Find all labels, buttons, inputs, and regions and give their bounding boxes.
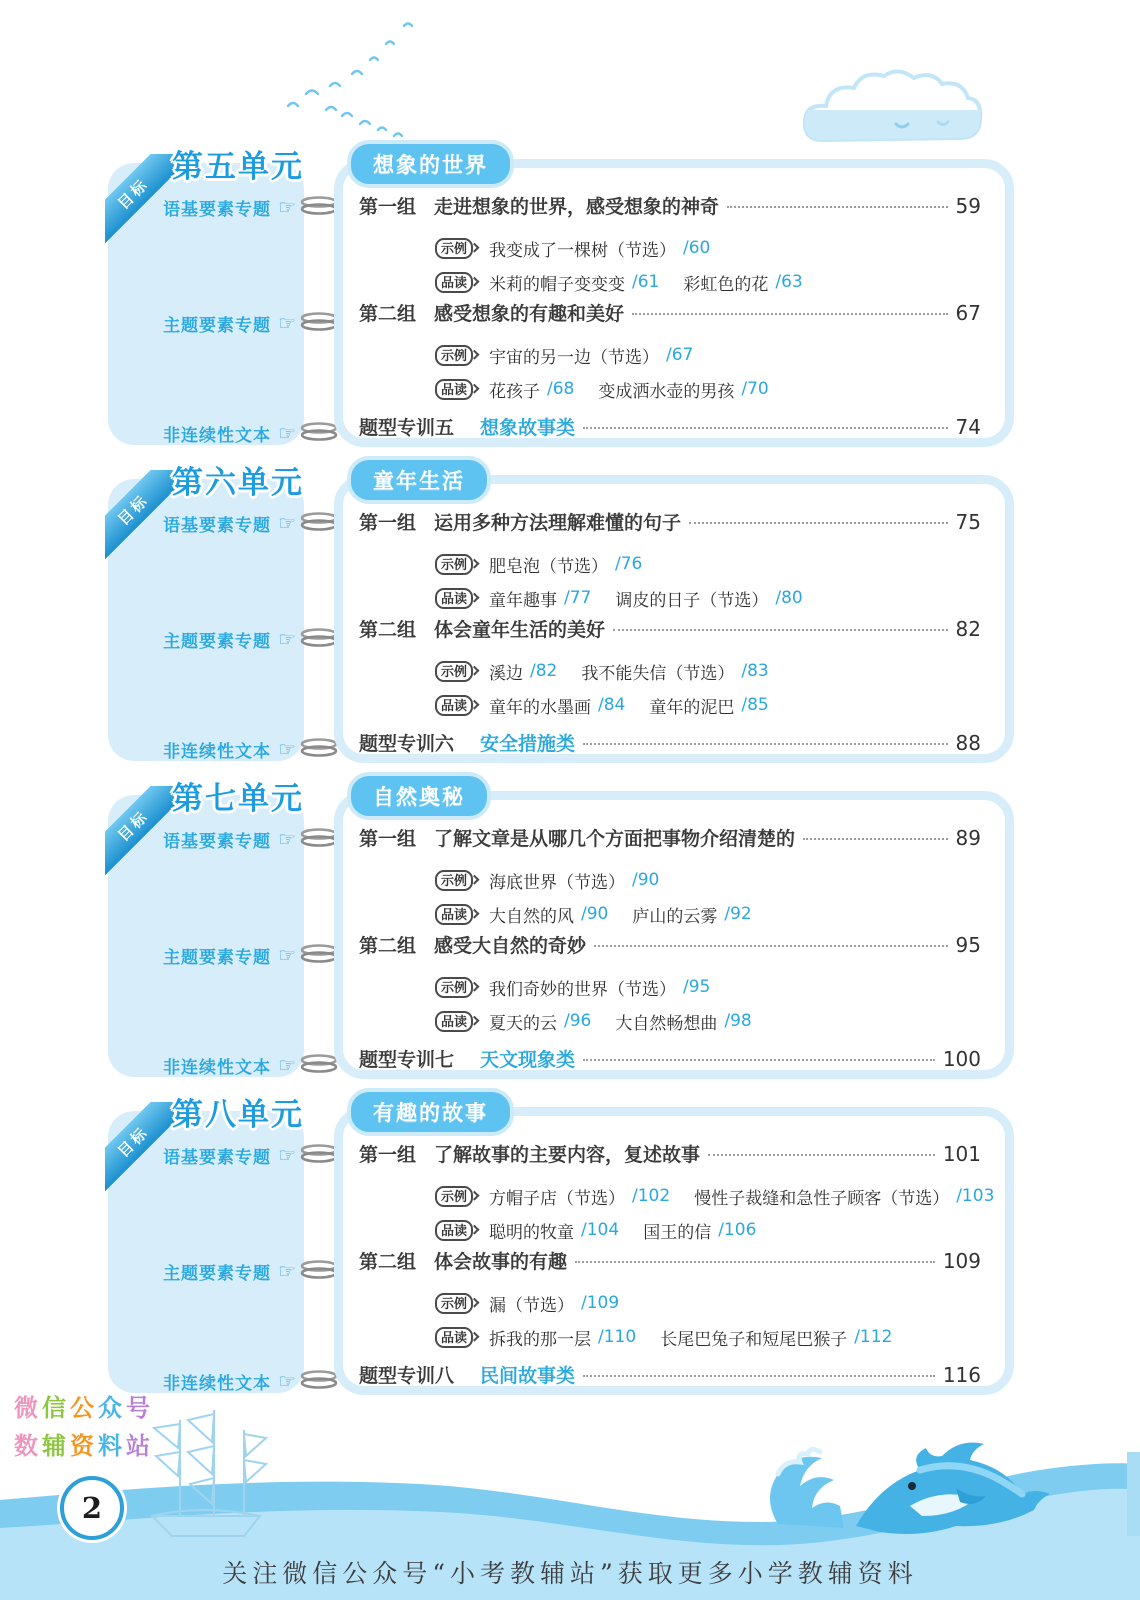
group-row: 第二组感受大自然的奇妙95	[359, 931, 981, 970]
sub-row: 示例我变成了一棵树（节选）/60	[435, 231, 981, 265]
unit-card: 有趣的故事第一组了解故事的主要内容，复述故事101示例方帽子店（节选）/102慢…	[334, 1107, 1014, 1395]
article-page-number: /98	[724, 1011, 751, 1031]
article-title: 溪边	[489, 659, 523, 684]
special-training-title: 安全措施类	[480, 729, 575, 756]
group-title: 了解文章是从哪几个方面把事物介绍清楚的	[434, 824, 795, 851]
sub-row-badge: 示例	[435, 977, 473, 998]
watermark-char: 公	[70, 1395, 98, 1422]
dotted-leader	[689, 522, 948, 524]
group-title: 运用多种方法理解难懂的句子	[434, 508, 681, 535]
dotted-leader	[708, 1154, 935, 1156]
unit-title: 第七单元	[172, 773, 304, 818]
article-page-number: /103	[956, 1186, 994, 1206]
dotted-leader	[803, 838, 948, 840]
article-page-number: /90	[632, 870, 659, 890]
dotted-leader	[583, 1375, 935, 1377]
sidebar-item-3: 非连续性文本☞	[163, 421, 296, 446]
group-page-number: 75	[956, 510, 981, 534]
group-title: 感受想象的有趣和美好	[434, 299, 624, 326]
group-label: 第一组	[359, 824, 416, 851]
unit-theme-pill: 想象的世界	[347, 140, 514, 188]
group-label: 第一组	[359, 1140, 416, 1167]
dotted-leader	[632, 313, 948, 315]
pointing-hand-icon: ☞	[278, 1372, 296, 1392]
watermark-line2: 数辅资料站	[14, 1428, 154, 1466]
sidebar-item-1: 语基要素专题☞	[163, 827, 296, 852]
group-page-number: 67	[956, 301, 981, 325]
watermark-char: 微	[14, 1395, 42, 1422]
special-training-title: 民间故事类	[480, 1361, 575, 1388]
special-training-label: 题型专训六	[359, 729, 454, 756]
article-page-number: /82	[530, 661, 557, 681]
sidebar-item-2: 主题要素专题☞	[163, 627, 296, 652]
page-number: 2	[82, 1491, 102, 1525]
sub-row: 品读童年的水墨画/84童年的泥巴/85	[435, 688, 981, 722]
sub-row: 品读大自然的风/90庐山的云雾/92	[435, 897, 981, 931]
sub-row: 品读童年趣事/77调皮的日子（节选）/80	[435, 581, 981, 615]
sub-row: 品读花孩子/68变成洒水壶的男孩/70	[435, 372, 981, 406]
special-training-row: 题型专训六安全措施类88	[359, 729, 981, 768]
sidebar-item-label: 语基要素专题	[163, 195, 271, 220]
group-row: 第一组了解故事的主要内容，复述故事101	[359, 1140, 981, 1179]
sub-row-badge: 品读	[435, 904, 473, 925]
birds-decoration	[286, 18, 446, 148]
special-training-row: 题型专训八民间故事类116	[359, 1361, 981, 1400]
sub-row-badge: 示例	[435, 554, 473, 575]
special-training-title: 想象故事类	[480, 413, 575, 440]
group-title: 体会童年生活的美好	[434, 615, 605, 642]
group-page-number: 82	[956, 617, 981, 641]
article-title: 长尾巴兔子和短尾巴猴子	[660, 1325, 847, 1350]
pointing-hand-icon: ☞	[278, 630, 296, 650]
group-label: 第二组	[359, 1247, 416, 1274]
sub-row: 示例我们奇妙的世界（节选）/95	[435, 970, 981, 1004]
sub-row: 品读拆我的那一层/110长尾巴兔子和短尾巴猴子/112	[435, 1320, 981, 1354]
sidebar-item-label: 主题要素专题	[163, 943, 271, 968]
article-page-number: /106	[718, 1220, 756, 1240]
article-title: 调皮的日子（节选）	[615, 586, 768, 611]
article-title: 我不能失信（节选）	[581, 659, 734, 684]
sidebar-item-label: 语基要素专题	[163, 827, 271, 852]
dotted-leader	[583, 743, 948, 745]
article-page-number: /76	[615, 554, 642, 574]
group-title: 感受大自然的奇妙	[434, 931, 586, 958]
group-page-number: 101	[943, 1142, 981, 1166]
sub-row-badge: 品读	[435, 272, 473, 293]
article-page-number: /70	[741, 379, 768, 399]
watermark-line1: 微信公众号	[14, 1390, 154, 1428]
article-page-number: /102	[632, 1186, 670, 1206]
unit-block: 目标第七单元语基要素专题☞主题要素专题☞非连续性文本☞自然奥秘第一组了解文章是从…	[108, 777, 1028, 1089]
dotted-leader	[613, 629, 948, 631]
watermark-char: 号	[126, 1395, 154, 1422]
article-page-number: /84	[598, 695, 625, 715]
pointing-hand-icon: ☞	[278, 514, 296, 534]
article-page-number: /61	[632, 272, 659, 292]
group-title: 了解故事的主要内容，复述故事	[434, 1140, 700, 1167]
sub-row-badge: 示例	[435, 1186, 473, 1207]
group-title: 体会故事的有趣	[434, 1247, 567, 1274]
unit-card: 童年生活第一组运用多种方法理解难懂的句子75示例肥皂泡（节选）/76品读童年趣事…	[334, 475, 1014, 763]
page-number-badge: 2	[60, 1476, 124, 1540]
sub-row-badge: 品读	[435, 695, 473, 716]
dotted-leader	[583, 427, 948, 429]
special-training-label: 题型专训七	[359, 1045, 454, 1072]
article-page-number: /83	[741, 661, 768, 681]
article-title: 方帽子店（节选）	[489, 1184, 625, 1209]
sidebar-item-1: 语基要素专题☞	[163, 511, 296, 536]
article-page-number: /67	[666, 345, 693, 365]
article-title: 聪明的牧童	[489, 1218, 574, 1243]
unit-theme-pill: 有趣的故事	[347, 1088, 514, 1136]
unit-block: 目标第五单元语基要素专题☞主题要素专题☞非连续性文本☞想象的世界第一组走进想象的…	[108, 145, 1028, 457]
article-title: 宇宙的另一边（节选）	[489, 343, 659, 368]
group-row: 第二组体会童年生活的美好82	[359, 615, 981, 654]
table-of-contents: 目标第五单元语基要素专题☞主题要素专题☞非连续性文本☞想象的世界第一组走进想象的…	[108, 145, 1028, 1409]
group-row: 第一组走进想象的世界，感受想象的神奇59	[359, 192, 981, 231]
page-edge-decoration	[1127, 1452, 1140, 1536]
sidebar-item-label: 非连续性文本	[163, 421, 271, 446]
sidebar-item-3: 非连续性文本☞	[163, 737, 296, 762]
article-title: 海底世界（节选）	[489, 868, 625, 893]
sidebar-item-label: 非连续性文本	[163, 1053, 271, 1078]
article-title: 拆我的那一层	[489, 1325, 591, 1350]
group-row: 第二组体会故事的有趣109	[359, 1247, 981, 1286]
sidebar-item-label: 主题要素专题	[163, 1259, 271, 1284]
unit-block: 目标第六单元语基要素专题☞主题要素专题☞非连续性文本☞童年生活第一组运用多种方法…	[108, 461, 1028, 773]
sub-row-badge: 品读	[435, 1327, 473, 1348]
unit-theme-pill: 自然奥秘	[347, 772, 491, 820]
sub-row: 示例溪边/82我不能失信（节选）/83	[435, 654, 981, 688]
sidebar-item-1: 语基要素专题☞	[163, 1143, 296, 1168]
group-page-number: 95	[956, 933, 981, 957]
article-page-number: /77	[564, 588, 591, 608]
unit-title: 第六单元	[172, 457, 304, 502]
article-page-number: /96	[564, 1011, 591, 1031]
unit-title: 第八单元	[172, 1089, 304, 1134]
watermark-char: 站	[126, 1433, 154, 1460]
article-page-number: /90	[581, 904, 608, 924]
unit-block: 目标第八单元语基要素专题☞主题要素专题☞非连续性文本☞有趣的故事第一组了解故事的…	[108, 1093, 1028, 1405]
special-training-label: 题型专训五	[359, 413, 454, 440]
sub-row-badge: 示例	[435, 870, 473, 891]
group-row: 第二组感受想象的有趣和美好67	[359, 299, 981, 338]
watermark-char: 料	[98, 1433, 126, 1460]
special-training-title: 天文现象类	[480, 1045, 575, 1072]
article-page-number: /109	[581, 1293, 619, 1313]
group-label: 第一组	[359, 508, 416, 535]
unit-card: 自然奥秘第一组了解文章是从哪几个方面把事物介绍清楚的89示例海底世界（节选）/9…	[334, 791, 1014, 1079]
article-page-number: /80	[775, 588, 802, 608]
article-page-number: /92	[724, 904, 751, 924]
unit-theme-pill: 童年生活	[347, 456, 491, 504]
sub-row: 示例方帽子店（节选）/102慢性子裁缝和急性子顾客（节选）/103	[435, 1179, 981, 1213]
article-page-number: /68	[547, 379, 574, 399]
watermark: 微信公众号 数辅资料站	[14, 1390, 154, 1467]
dolphin-decoration	[760, 1428, 1060, 1548]
unit-sidebar: 目标第六单元语基要素专题☞主题要素专题☞非连续性文本☞	[108, 479, 304, 761]
pointing-hand-icon: ☞	[278, 946, 296, 966]
sidebar-item-label: 语基要素专题	[163, 1143, 271, 1168]
special-training-page-number: 74	[956, 415, 981, 439]
pointing-hand-icon: ☞	[278, 198, 296, 218]
article-page-number: /95	[683, 977, 710, 997]
unit-title: 第五单元	[172, 141, 304, 186]
group-row: 第一组运用多种方法理解难懂的句子75	[359, 508, 981, 547]
article-page-number: /60	[683, 238, 710, 258]
group-label: 第二组	[359, 615, 416, 642]
pointing-hand-icon: ☞	[278, 1262, 296, 1282]
unit-sidebar: 目标第八单元语基要素专题☞主题要素专题☞非连续性文本☞	[108, 1111, 304, 1393]
article-title: 花孩子	[489, 377, 540, 402]
sub-row-badge: 示例	[435, 661, 473, 682]
special-training-page-number: 100	[943, 1047, 981, 1071]
unit-card: 想象的世界第一组走进想象的世界，感受想象的神奇59示例我变成了一棵树（节选）/6…	[334, 159, 1014, 447]
pointing-hand-icon: ☞	[278, 1056, 296, 1076]
article-title: 童年的泥巴	[649, 693, 734, 718]
pointing-hand-icon: ☞	[278, 830, 296, 850]
article-title: 童年趣事	[489, 586, 557, 611]
unit-sidebar: 目标第七单元语基要素专题☞主题要素专题☞非连续性文本☞	[108, 795, 304, 1077]
article-title: 漏（节选）	[489, 1291, 574, 1316]
dotted-leader	[575, 1261, 935, 1263]
sub-row: 示例肥皂泡（节选）/76	[435, 547, 981, 581]
article-title: 夏天的云	[489, 1009, 557, 1034]
sub-row-badge: 品读	[435, 1011, 473, 1032]
group-page-number: 59	[956, 194, 981, 218]
watermark-char: 资	[70, 1433, 98, 1460]
sidebar-item-label: 主题要素专题	[163, 627, 271, 652]
sub-row-badge: 示例	[435, 238, 473, 259]
special-training-page-number: 88	[956, 731, 981, 755]
sub-row-badge: 示例	[435, 1293, 473, 1314]
group-row: 第一组了解文章是从哪几个方面把事物介绍清楚的89	[359, 824, 981, 863]
sidebar-item-2: 主题要素专题☞	[163, 311, 296, 336]
article-title: 童年的水墨画	[489, 693, 591, 718]
special-training-label: 题型专训八	[359, 1361, 454, 1388]
footer-note: 关注微信公众号“小考教辅站”获取更多小学教辅资料	[0, 1554, 1140, 1590]
article-title: 米莉的帽子变变变	[489, 270, 625, 295]
article-title: 肥皂泡（节选）	[489, 552, 608, 577]
sub-row-badge: 品读	[435, 379, 473, 400]
sub-row: 示例漏（节选）/109	[435, 1286, 981, 1320]
special-training-row: 题型专训五想象故事类74	[359, 413, 981, 452]
article-page-number: /112	[854, 1327, 892, 1347]
sub-row: 品读夏天的云/96大自然畅想曲/98	[435, 1004, 981, 1038]
sidebar-item-2: 主题要素专题☞	[163, 943, 296, 968]
dotted-leader	[583, 1059, 935, 1061]
sidebar-item-label: 非连续性文本	[163, 737, 271, 762]
sub-row: 品读聪明的牧童/104国王的信/106	[435, 1213, 981, 1247]
sub-row: 品读米莉的帽子变变变/61彩虹色的花/63	[435, 265, 981, 299]
group-label: 第二组	[359, 931, 416, 958]
pointing-hand-icon: ☞	[278, 314, 296, 334]
watermark-char: 数	[14, 1433, 42, 1460]
group-label: 第二组	[359, 299, 416, 326]
article-page-number: /85	[741, 695, 768, 715]
sub-row-badge: 示例	[435, 345, 473, 366]
sub-row-badge: 品读	[435, 588, 473, 609]
pointing-hand-icon: ☞	[278, 1146, 296, 1166]
sidebar-item-3: 非连续性文本☞	[163, 1369, 296, 1394]
sidebar-item-3: 非连续性文本☞	[163, 1053, 296, 1078]
article-title: 国王的信	[643, 1218, 711, 1243]
group-page-number: 109	[943, 1249, 981, 1273]
sidebar-item-1: 语基要素专题☞	[163, 195, 296, 220]
article-title: 彩虹色的花	[683, 270, 768, 295]
special-training-row: 题型专训七天文现象类100	[359, 1045, 981, 1084]
article-title: 大自然的风	[489, 902, 574, 927]
special-training-page-number: 116	[943, 1363, 981, 1387]
cloud-icon	[800, 66, 984, 156]
watermark-char: 信	[42, 1395, 70, 1422]
article-page-number: /110	[598, 1327, 636, 1347]
sidebar-item-label: 语基要素专题	[163, 511, 271, 536]
pointing-hand-icon: ☞	[278, 424, 296, 444]
article-title: 庐山的云雾	[632, 902, 717, 927]
dotted-leader	[727, 206, 948, 208]
article-title: 大自然畅想曲	[615, 1009, 717, 1034]
pointing-hand-icon: ☞	[278, 740, 296, 760]
sidebar-item-2: 主题要素专题☞	[163, 1259, 296, 1284]
article-title: 变成洒水壶的男孩	[598, 377, 734, 402]
sidebar-item-label: 非连续性文本	[163, 1369, 271, 1394]
group-label: 第一组	[359, 192, 416, 219]
unit-sidebar: 目标第五单元语基要素专题☞主题要素专题☞非连续性文本☞	[108, 163, 304, 445]
article-title: 我们奇妙的世界（节选）	[489, 975, 676, 1000]
watermark-char: 众	[98, 1395, 126, 1422]
watermark-char: 辅	[42, 1433, 70, 1460]
article-page-number: /63	[775, 272, 802, 292]
article-page-number: /104	[581, 1220, 619, 1240]
ship-decoration	[132, 1404, 282, 1549]
dotted-leader	[594, 945, 948, 947]
sub-row: 示例海底世界（节选）/90	[435, 863, 981, 897]
article-title: 我变成了一棵树（节选）	[489, 236, 676, 261]
sub-row: 示例宇宙的另一边（节选）/67	[435, 338, 981, 372]
group-title: 走进想象的世界，感受想象的神奇	[434, 192, 719, 219]
sidebar-item-label: 主题要素专题	[163, 311, 271, 336]
group-page-number: 89	[956, 826, 981, 850]
article-title: 慢性子裁缝和急性子顾客（节选）	[694, 1184, 949, 1209]
sub-row-badge: 品读	[435, 1220, 473, 1241]
